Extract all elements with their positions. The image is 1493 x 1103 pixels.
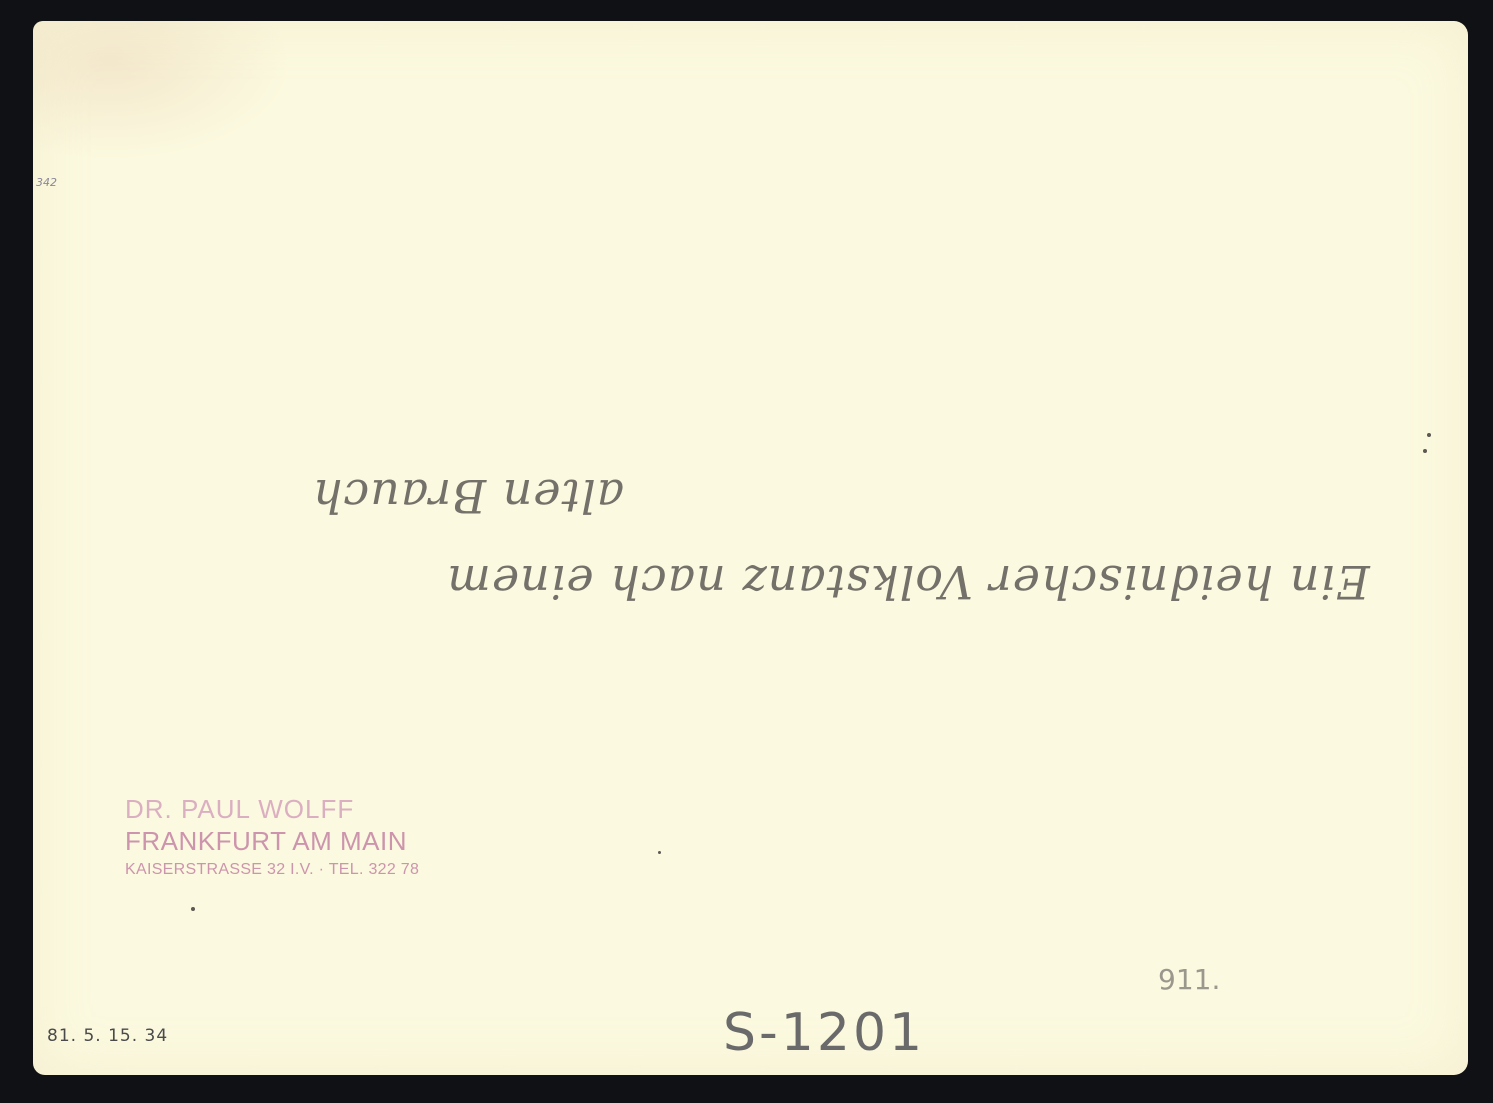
date-code: 81. 5. 15. 34	[47, 1026, 168, 1046]
stamp-address: KAISERSTRASSE 32 I.V. · TEL. 322 78	[125, 862, 419, 878]
page-number: 911.	[1158, 963, 1220, 996]
ink-spot	[191, 907, 195, 911]
edge-mark: 342	[36, 176, 57, 189]
archive-number: S-1201	[723, 1003, 925, 1063]
caption-line-1: Ein heidnischer Volkstanz nach einem	[333, 555, 1483, 609]
ink-spot	[658, 851, 661, 854]
photo-verso-card: Ein heidnischer Volkstanz nach einem alt…	[33, 21, 1468, 1075]
ink-spot	[1427, 433, 1431, 437]
caption-line-2: alten Brauch	[288, 469, 648, 523]
ink-spot	[1423, 449, 1427, 453]
stamp-name: DR. PAUL WOLFF	[125, 796, 419, 822]
handwritten-caption: Ein heidnischer Volkstanz nach einem alt…	[33, 21, 1468, 1075]
stamp-city: FRANKFURT AM MAIN	[125, 828, 419, 854]
photographer-stamp: DR. PAUL WOLFF FRANKFURT AM MAIN KAISERS…	[125, 796, 419, 878]
